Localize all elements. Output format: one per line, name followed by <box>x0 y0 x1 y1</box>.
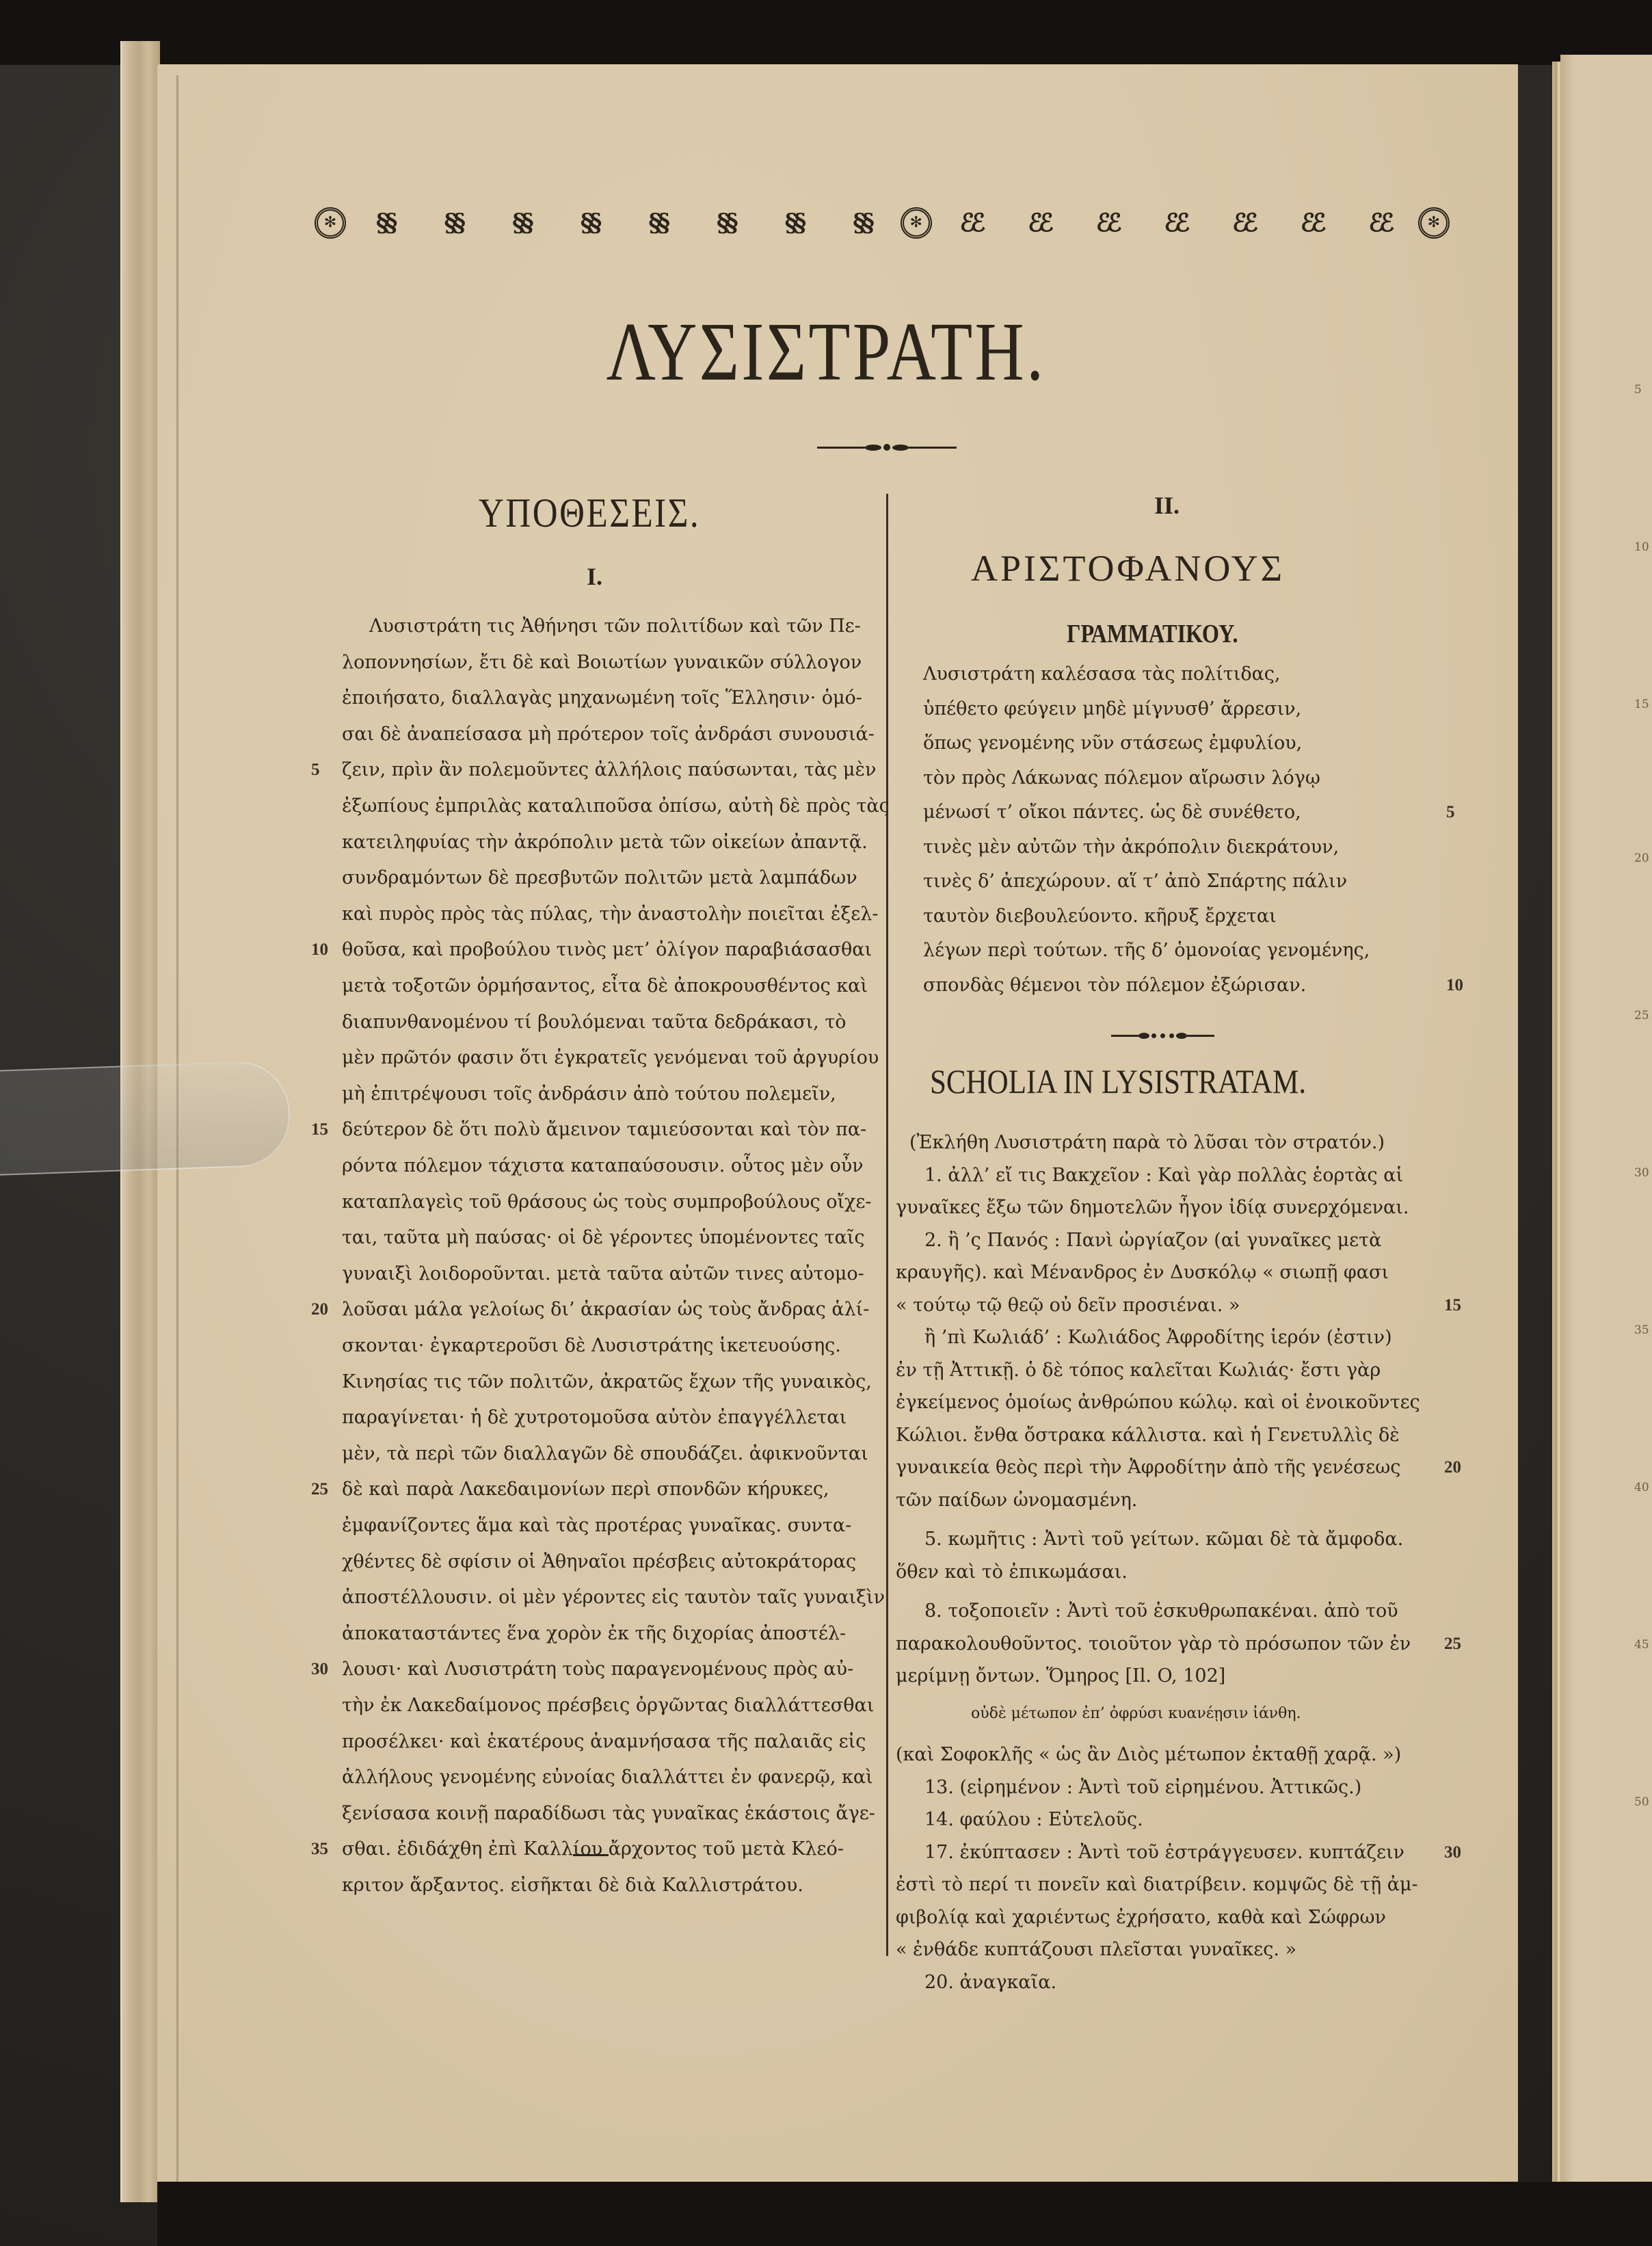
line-number: 25 <box>311 1480 328 1499</box>
argument-line: ἐξωπίους ἐμπριλὰς καταλιποῦσα ὀπίσω, αὐτ… <box>342 795 890 817</box>
verse-line: Λυσιστράτη καλέσασα τὰς πολίτιδας, <box>923 663 1281 685</box>
argument-line: μὲν, τὰ περὶ τῶν διαλλαγῶν δὲ σπουδάζει.… <box>342 1443 868 1464</box>
line-number: 5 <box>311 761 320 780</box>
right-heading: ΑΡΙΣΤΟΦΑΝΟΥΣ <box>971 547 1285 590</box>
next-page-line-number: 50 <box>1634 1795 1649 1809</box>
column-divider <box>886 494 888 1956</box>
argument-line: δὲ καὶ παρὰ Λακεδαιμονίων περὶ σπονδῶν κ… <box>342 1479 829 1500</box>
argument-line: Λυσιστράτη τις Ἀθήνησι τῶν πολιτίδων καὶ… <box>369 616 861 637</box>
next-page-line-number: 25 <box>1634 1009 1649 1022</box>
argument-line: ἐποιήσατο, διαλλαγὰς μηχανωμένη τοῖς Ἕλλ… <box>342 687 862 709</box>
next-page-line-number: 30 <box>1634 1166 1649 1180</box>
line-number: 5 <box>1446 803 1455 822</box>
top-shadow <box>0 0 1652 65</box>
argument-line: κατειληφυίας τὴν ἀκρόπολιν μετὰ τῶν οἰκε… <box>342 832 868 853</box>
argument-line: ται, ταῦτα μὴ παύσας· οἱ δὲ γέροντες ὑπο… <box>342 1227 865 1248</box>
scholia-line: (καὶ Σοφοκλῆς « ὡς ἂν Διὸς μέτωπον ἐκταθ… <box>896 1744 1401 1765</box>
plastic-bookmark-tab <box>0 1060 291 1176</box>
scroll-ornament-icon: §§ <box>832 207 891 239</box>
argument-line: δεύτερον δὲ ὅτι πολὺ ἄμεινον ταμιεύσοντα… <box>342 1119 866 1140</box>
argument-line: χθέντες δὲ σφίσιν οἱ Ἀθηναῖοι πρέσβεις α… <box>342 1551 856 1572</box>
line-number: 10 <box>311 940 328 960</box>
next-page-line-number: 15 <box>1634 698 1649 711</box>
section-number-1: I. <box>587 562 602 591</box>
scholia-line: ὅθεν καὶ τὸ ἐπικωμάσαι. <box>896 1561 1128 1583</box>
end-rule <box>573 1854 609 1856</box>
scholia-line: ἢ ’πὶ Κωλιάδ’ : Κωλιάδος Ἀφροδίτης ἱερόν… <box>924 1327 1392 1348</box>
argument-line: λοποννησίων, ἔτι δὲ καὶ Βοιωτίων γυναικῶ… <box>342 652 862 673</box>
scholia-line: (Ἐκλήθη Λυσιστράτη παρὰ τὸ λῦσαι τὸν στρ… <box>909 1132 1385 1153</box>
argument-line: ρόντα πόλεμον τάχιστα καταπαύσουσιν. οὗτ… <box>342 1155 864 1176</box>
scroll-ornament-icon: ℰℰ <box>941 207 1000 239</box>
argument-line: καταπλαγεὶς τοῦ θράσους ὡς τοὺς συμπροβο… <box>342 1191 872 1213</box>
scholia-line: ἐστὶ τὸ περί τι πονεῖν καὶ διατρίβειν. κ… <box>896 1874 1418 1895</box>
verse-line: ταυτὸν διεβουλεύοντο. κῆρυξ ἔρχεται <box>923 906 1277 927</box>
scroll-ornament-icon: §§ <box>356 207 414 239</box>
next-page-line-number: 10 <box>1634 540 1649 554</box>
argument-line: θοῦσα, καὶ προβούλου τινὸς μετ’ ὀλίγον π… <box>342 939 872 960</box>
argument-line: ζειν, πρὶν ἂν πολεμοῦντες ἀλλήλοις παύσω… <box>342 759 876 780</box>
argument-line: λουσι· καὶ Λυσιστράτη τοὺς παραγενομένου… <box>342 1659 853 1680</box>
next-page-line-number: 45 <box>1634 1638 1649 1652</box>
argument-line: σθαι. ἐδιδάχθη ἐπὶ Καλλίου ἄρχοντος τοῦ … <box>342 1838 844 1860</box>
verse-line: τὸν πρὸς Λάκωνας πόλεμον αἴρωσιν λόγῳ <box>923 767 1320 789</box>
scholia-line: 20. ἀναγκαῖα. <box>924 1972 1056 1993</box>
line-number: 20 <box>1444 1458 1461 1477</box>
scholia-heading: SCHOLIA IN LYSISTRATAM. <box>930 1061 1306 1101</box>
argument-line: ἀποκαταστάντες ἕνα χορὸν ἐκ τῆς διχορίας… <box>342 1623 846 1644</box>
scroll-ornament-icon: §§ <box>560 207 619 239</box>
verse-line: ὅπως γενομένης νῦν στάσεως ἐμφυλίου, <box>923 732 1302 754</box>
argument-line: μὲν πρῶτόν φασιν ὅτι ἐγκρατεῖς γενόμεναι… <box>342 1047 879 1068</box>
line-number: 15 <box>311 1120 328 1139</box>
scroll-ornament-icon: ℰℰ <box>1078 207 1136 239</box>
line-number: 20 <box>311 1300 328 1319</box>
line-number: 10 <box>1446 976 1463 995</box>
rosette-icon: ✻ <box>1418 207 1450 239</box>
argument-line: ἀποστέλλουσιν. οἱ μὲν γέροντες εἰς ταυτὸ… <box>342 1587 885 1608</box>
next-page-line-number: 40 <box>1634 1481 1649 1494</box>
section-number-2: II. <box>1154 491 1180 520</box>
verse-line: τινὲς μὲν αὐτῶν τὴν ἀκρόπολιν διεκράτουν… <box>923 836 1339 858</box>
argument-line: συνδραμόντων δὲ πρεσβυτῶν πολιτῶν μετὰ λ… <box>342 867 857 888</box>
scholia-line: 1. ἀλλ’ εἴ τις Βακχεῖον : Καὶ γὰρ πολλὰς… <box>924 1165 1403 1186</box>
verse-line: τινὲς δ’ ἀπεχώρουν. αἵ τ’ ἀπὸ Σπάρτης πά… <box>923 871 1347 892</box>
argument-line: μετὰ τοξοτῶν ὁρμήσαντος, εἶτα δὲ ἀποκρου… <box>342 975 868 996</box>
argument-line: γυναιξὶ λοιδοροῦνται. μετὰ ταῦτα αὐτῶν τ… <box>342 1263 864 1284</box>
next-page-line-number: 35 <box>1634 1323 1649 1337</box>
scholia-line: οὐδὲ μέτωπον ἐπ’ ὀφρύσι κυανέῃσιν ἰάνθη. <box>971 1705 1301 1722</box>
scholia-line: ἐν τῇ Ἀττικῇ. ὁ δὲ τόπος καλεῖται Κωλιάς… <box>896 1360 1381 1381</box>
scroll-ornament-icon: ℰℰ <box>1214 207 1273 239</box>
line-number: 30 <box>311 1660 328 1679</box>
scholia-line: μερίμνῃ ὄντων. Ὅμηρος [Il. O, 102] <box>896 1665 1225 1687</box>
argument-line: σκονται· ἐγκαρτεροῦσι δὲ Λυσιστράτης ἱκε… <box>342 1335 841 1356</box>
scroll-ornament-icon: §§ <box>628 207 687 239</box>
scholia-line: « τούτῳ τῷ θεῷ οὐ δεῖν προσιέναι. » <box>896 1295 1240 1316</box>
rosette-icon: ✻ <box>901 207 932 239</box>
scholia-line: « ἐνθάδε κυπτάζουσι πλεῖσται γυναῖκες. » <box>896 1939 1296 1960</box>
argument-line: διαπυνθανομένου τί βουλόμεναι ταῦτα δεδρ… <box>342 1012 847 1033</box>
argument-line: ξενίσασα κοινῇ παραδίδωσι τὰς γυναῖκας ἑ… <box>342 1803 875 1824</box>
scholia-line: κραυγῆς). καὶ Μένανδρος ἐν Δυσκόλῳ « σιω… <box>896 1262 1389 1283</box>
line-number: 30 <box>1444 1843 1461 1862</box>
scroll-ornament-icon: §§ <box>764 207 823 239</box>
scholia-line: 17. ἐκύπτασεν : Ἀντὶ τοῦ ἐστράγγευσεν. κ… <box>924 1842 1404 1863</box>
bottom-shadow <box>157 2182 1652 2246</box>
scholia-line: φιβολίᾳ καὶ χαριέντως ἐχρήσατο, καθὰ καὶ… <box>896 1907 1386 1928</box>
verse-line: μένωσί τ’ οἴκοι πάντες. ὡς δὲ συνέθετο, <box>923 802 1301 823</box>
scholia-line: τῶν παίδων ὠνομασμένη. <box>896 1490 1137 1511</box>
page-title: ΛΥΣΙΣΤΡΑΤΗ. <box>148 304 1503 400</box>
title-flourish <box>817 445 957 450</box>
argument-line: προσέλκει· καὶ ἑκατέρους ἀναμνήσασα τῆς … <box>342 1731 866 1752</box>
argument-line: κριτον ἄρξαντος. εἰσῆκται δὲ διὰ Καλλιστ… <box>342 1875 803 1896</box>
argument-line: ἐμφανίζοντες ἅμα καὶ τὰς προτέρας γυναῖκ… <box>342 1515 851 1536</box>
argument-line: καὶ πυρὸς πρὸς τὰς πύλας, τὴν ἀναστολὴν … <box>342 903 879 925</box>
line-number: 15 <box>1444 1296 1461 1315</box>
left-heading: ΥΠΟΘΕΣΕΙΣ. <box>479 490 700 537</box>
argument-line: ἀλλήλους γενομένης εὐνοίας διαλλάττει ἐν… <box>342 1767 873 1788</box>
argument-line: Κινησίας τις τῶν πολιτῶν, ἀκρατῶς ἔχων τ… <box>342 1371 872 1392</box>
rosette-icon: ✻ <box>315 207 346 239</box>
scholia-line: Κώλιοι. ἔνθα ὄστρακα κάλλιστα. καὶ ἡ Γεν… <box>896 1425 1400 1446</box>
header-ornament: ✻§§§§§§§§§§§§§§§§✻ℰℰℰℰℰℰℰℰℰℰℰℰℰℰ✻ <box>315 205 1450 241</box>
verse-line: σπονδὰς θέμενοι τὸν πόλεμον ἐξώρισαν. <box>923 975 1306 996</box>
scholia-line: 8. τοξοποιεῖν : Ἀντὶ τοῦ ἐσκυθρωπακέναι.… <box>924 1600 1398 1622</box>
scroll-ornament-icon: ℰℰ <box>1009 207 1068 239</box>
argument-line: μὴ ἐπιτρέψουσι τοῖς ἀνδράσιν ἀπὸ τούτου … <box>342 1083 836 1105</box>
scholia-line: παρακολουθοῦντος. τοιοῦτον γὰρ τὸ πρόσωπ… <box>896 1633 1411 1654</box>
scroll-ornament-icon: ℰℰ <box>1350 207 1409 239</box>
argument-line: παραγίνεται· ἡ δὲ χυτροτομοῦσα αὐτὸν ἐπα… <box>342 1407 847 1428</box>
next-page-line-number: 20 <box>1634 851 1649 865</box>
line-number: 25 <box>1444 1635 1461 1654</box>
scholia-line: 14. φαύλου : Εὐτελοῦς. <box>924 1809 1143 1830</box>
scroll-ornament-icon: §§ <box>423 207 482 239</box>
scroll-ornament-icon: ℰℰ <box>1282 207 1341 239</box>
next-page-edge <box>1560 55 1652 2189</box>
scholia-line: γυναικεία θεὸς περὶ τὴν Ἀφροδίτην ἀπὸ τῆ… <box>896 1457 1400 1478</box>
verse-flourish <box>1111 1033 1214 1038</box>
scholia-line: 2. ἢ ’ς Πανός : Πανὶ ὠργίαζον (αἱ γυναῖκ… <box>924 1230 1381 1251</box>
argument-line: σαι δὲ ἀναπείσασα μὴ πρότερον τοῖς ἀνδρά… <box>342 724 875 745</box>
scholia-line: 5. κωμῆτις : Ἀντὶ τοῦ γείτων. κῶμαι δὲ τ… <box>924 1529 1403 1550</box>
scholia-line: γυναῖκες ἔξω τῶν δημοτελῶν ἦγον ἰδίᾳ συν… <box>896 1197 1409 1218</box>
verse-line: ὑπέθετο φεύγειν μηδὲ μίγνυσθ’ ἄρρεσιν, <box>923 698 1301 719</box>
scroll-ornament-icon: §§ <box>696 207 755 239</box>
scholia-line: ἐγκείμενος ὁμοίως ἀνθρώπου κώλῳ. καὶ οἱ … <box>896 1392 1420 1413</box>
scroll-ornament-icon: ℰℰ <box>1145 207 1204 239</box>
scholia-line: 13. (εἰρημένον : Ἀντὶ τοῦ εἰρημένου. Ἀττ… <box>924 1777 1361 1798</box>
scroll-ornament-icon: §§ <box>492 207 550 239</box>
right-subheading: ΓΡΑΜΜΑΤΙΚΟΥ. <box>1067 619 1238 649</box>
line-number: 35 <box>311 1840 328 1859</box>
argument-line: λοῦσαι μάλα γελοίως δι’ ἀκρασίαν ὡς τοὺς… <box>342 1299 869 1320</box>
next-page-line-number: 5 <box>1634 383 1642 397</box>
argument-line: τὴν ἐκ Λακεδαίμονος πρέσβεις ὀργῶντας δι… <box>342 1695 874 1716</box>
verse-line: λέγων περὶ τούτων. τῆς δ’ ὁμονοίας γενομ… <box>923 940 1370 961</box>
